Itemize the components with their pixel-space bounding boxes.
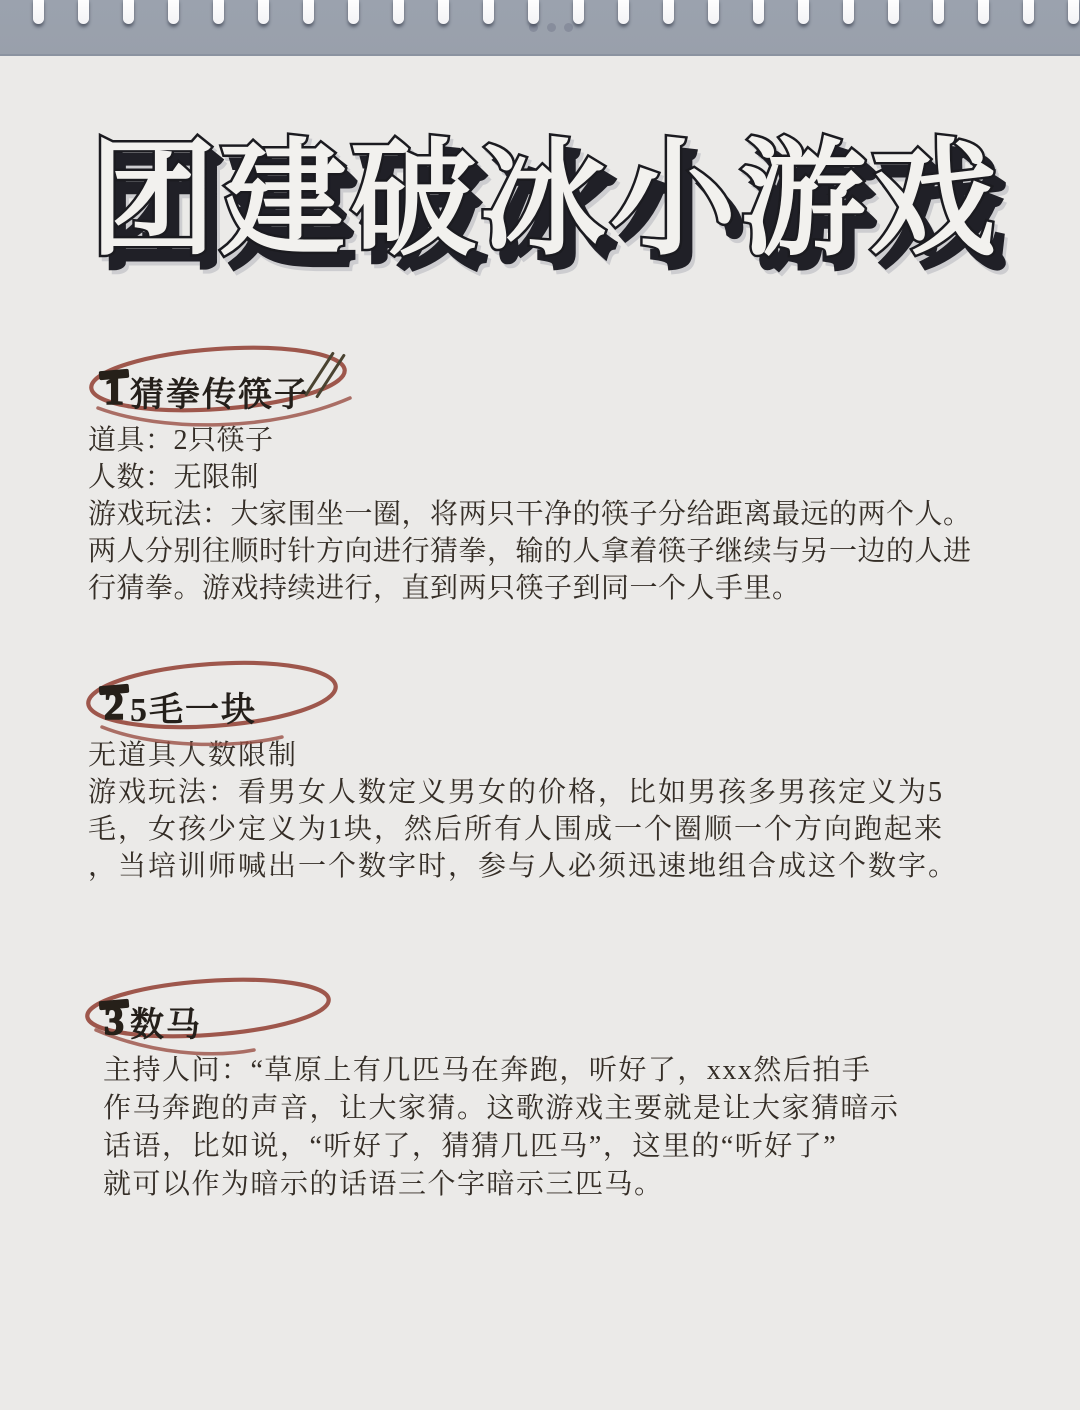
text-line: 主持人问：“草原上有几匹马在奔跑，听好了，xxx然后拍手 — [88, 1052, 1048, 1090]
binder-ring — [1023, 0, 1034, 24]
binder-ring — [1068, 0, 1079, 24]
binder-ring — [708, 0, 719, 24]
binder-ring — [618, 0, 629, 24]
section-heading-row: 2 5毛一块 — [88, 675, 1048, 731]
binder-ring — [303, 0, 314, 24]
chopsticks-icon — [306, 348, 346, 406]
notebook-page: 团建破冰小游戏 1 猜拳传筷子 道具：2只筷子 人数：无限制 游戏玩法：大家围坐… — [0, 0, 1080, 1410]
binder-ring — [663, 0, 674, 24]
text-line: 游戏玩法：看男女人数定义男女的价格，比如男孩多男孩定义为5 — [88, 774, 1048, 811]
text-line: 游戏玩法：大家围坐一圈，将两只干净的筷子分给距离最远的两个人。 — [88, 496, 1048, 533]
binder-ring — [123, 0, 134, 24]
binder-dots — [529, 22, 579, 34]
binder-ring — [78, 0, 89, 24]
game-section-1: 1 猜拳传筷子 道具：2只筷子 人数：无限制 游戏玩法：大家围坐一圈，将两只干净… — [88, 360, 1048, 607]
text-line: 行猜拳。游戏持续进行，直到两只筷子到同一个人手里。 — [88, 570, 1048, 607]
text-line: 毛，女孩少定义为1块，然后所有人围成一个圈顺一个方向跑起来 — [88, 811, 1048, 848]
section-heading-row: 1 猜拳传筷子 — [88, 360, 1048, 416]
game-section-2: 2 5毛一块 无道具人数限制 游戏玩法：看男女人数定义男女的价格，比如男孩多男孩… — [88, 675, 1048, 885]
binder-ring — [843, 0, 854, 24]
binder-ring — [573, 0, 584, 24]
binder — [0, 0, 1080, 56]
binder-ring — [348, 0, 359, 24]
text-line: 人数：无限制 — [88, 459, 1048, 496]
section-heading: 数马 — [130, 997, 202, 1046]
text-line: 道具：2只筷子 — [88, 422, 1048, 459]
binder-ring — [33, 0, 44, 24]
binder-ring — [978, 0, 989, 24]
binder-ring — [438, 0, 449, 24]
text-line: 作马奔跑的声音，让大家猜。这歌游戏主要就是让大家猜暗示 — [88, 1090, 1048, 1128]
binder-ring — [933, 0, 944, 24]
section-number: 3 — [104, 1001, 124, 1041]
binder-ring — [168, 0, 179, 24]
binder-ring — [393, 0, 404, 24]
binder-ring — [213, 0, 224, 24]
binder-ring — [888, 0, 899, 24]
page-title: 团建破冰小游戏 — [90, 128, 1000, 273]
text-line: 话语，比如说，“听好了，猜猜几匹马”，这里的“听好了” — [88, 1128, 1048, 1166]
binder-ring — [258, 0, 269, 24]
game-section-3: 3 数马 主持人问：“草原上有几匹马在奔跑，听好了，xxx然后拍手 作马奔跑的声… — [88, 990, 1048, 1204]
section-number: 1 — [104, 371, 124, 411]
binder-ring — [528, 0, 539, 24]
text-line: 无道具人数限制 — [88, 737, 1048, 774]
text-line: 两人分别往顺时针方向进行猜拳，输的人拿着筷子继续与另一边的人进 — [88, 533, 1048, 570]
text-line: ，当培训师喊出一个数字时，参与人必须迅速地组合成这个数字。 — [88, 848, 1048, 885]
binder-ring — [753, 0, 764, 24]
section-heading-row: 3 数马 — [88, 990, 1048, 1046]
binder-ring — [798, 0, 809, 24]
binder-ring — [483, 0, 494, 24]
section-heading: 猜拳传筷子 — [130, 367, 310, 416]
section-number: 2 — [104, 686, 124, 726]
section-heading: 5毛一块 — [130, 682, 257, 731]
text-line: 就可以作为暗示的话语三个字暗示三匹马。 — [88, 1166, 1048, 1204]
